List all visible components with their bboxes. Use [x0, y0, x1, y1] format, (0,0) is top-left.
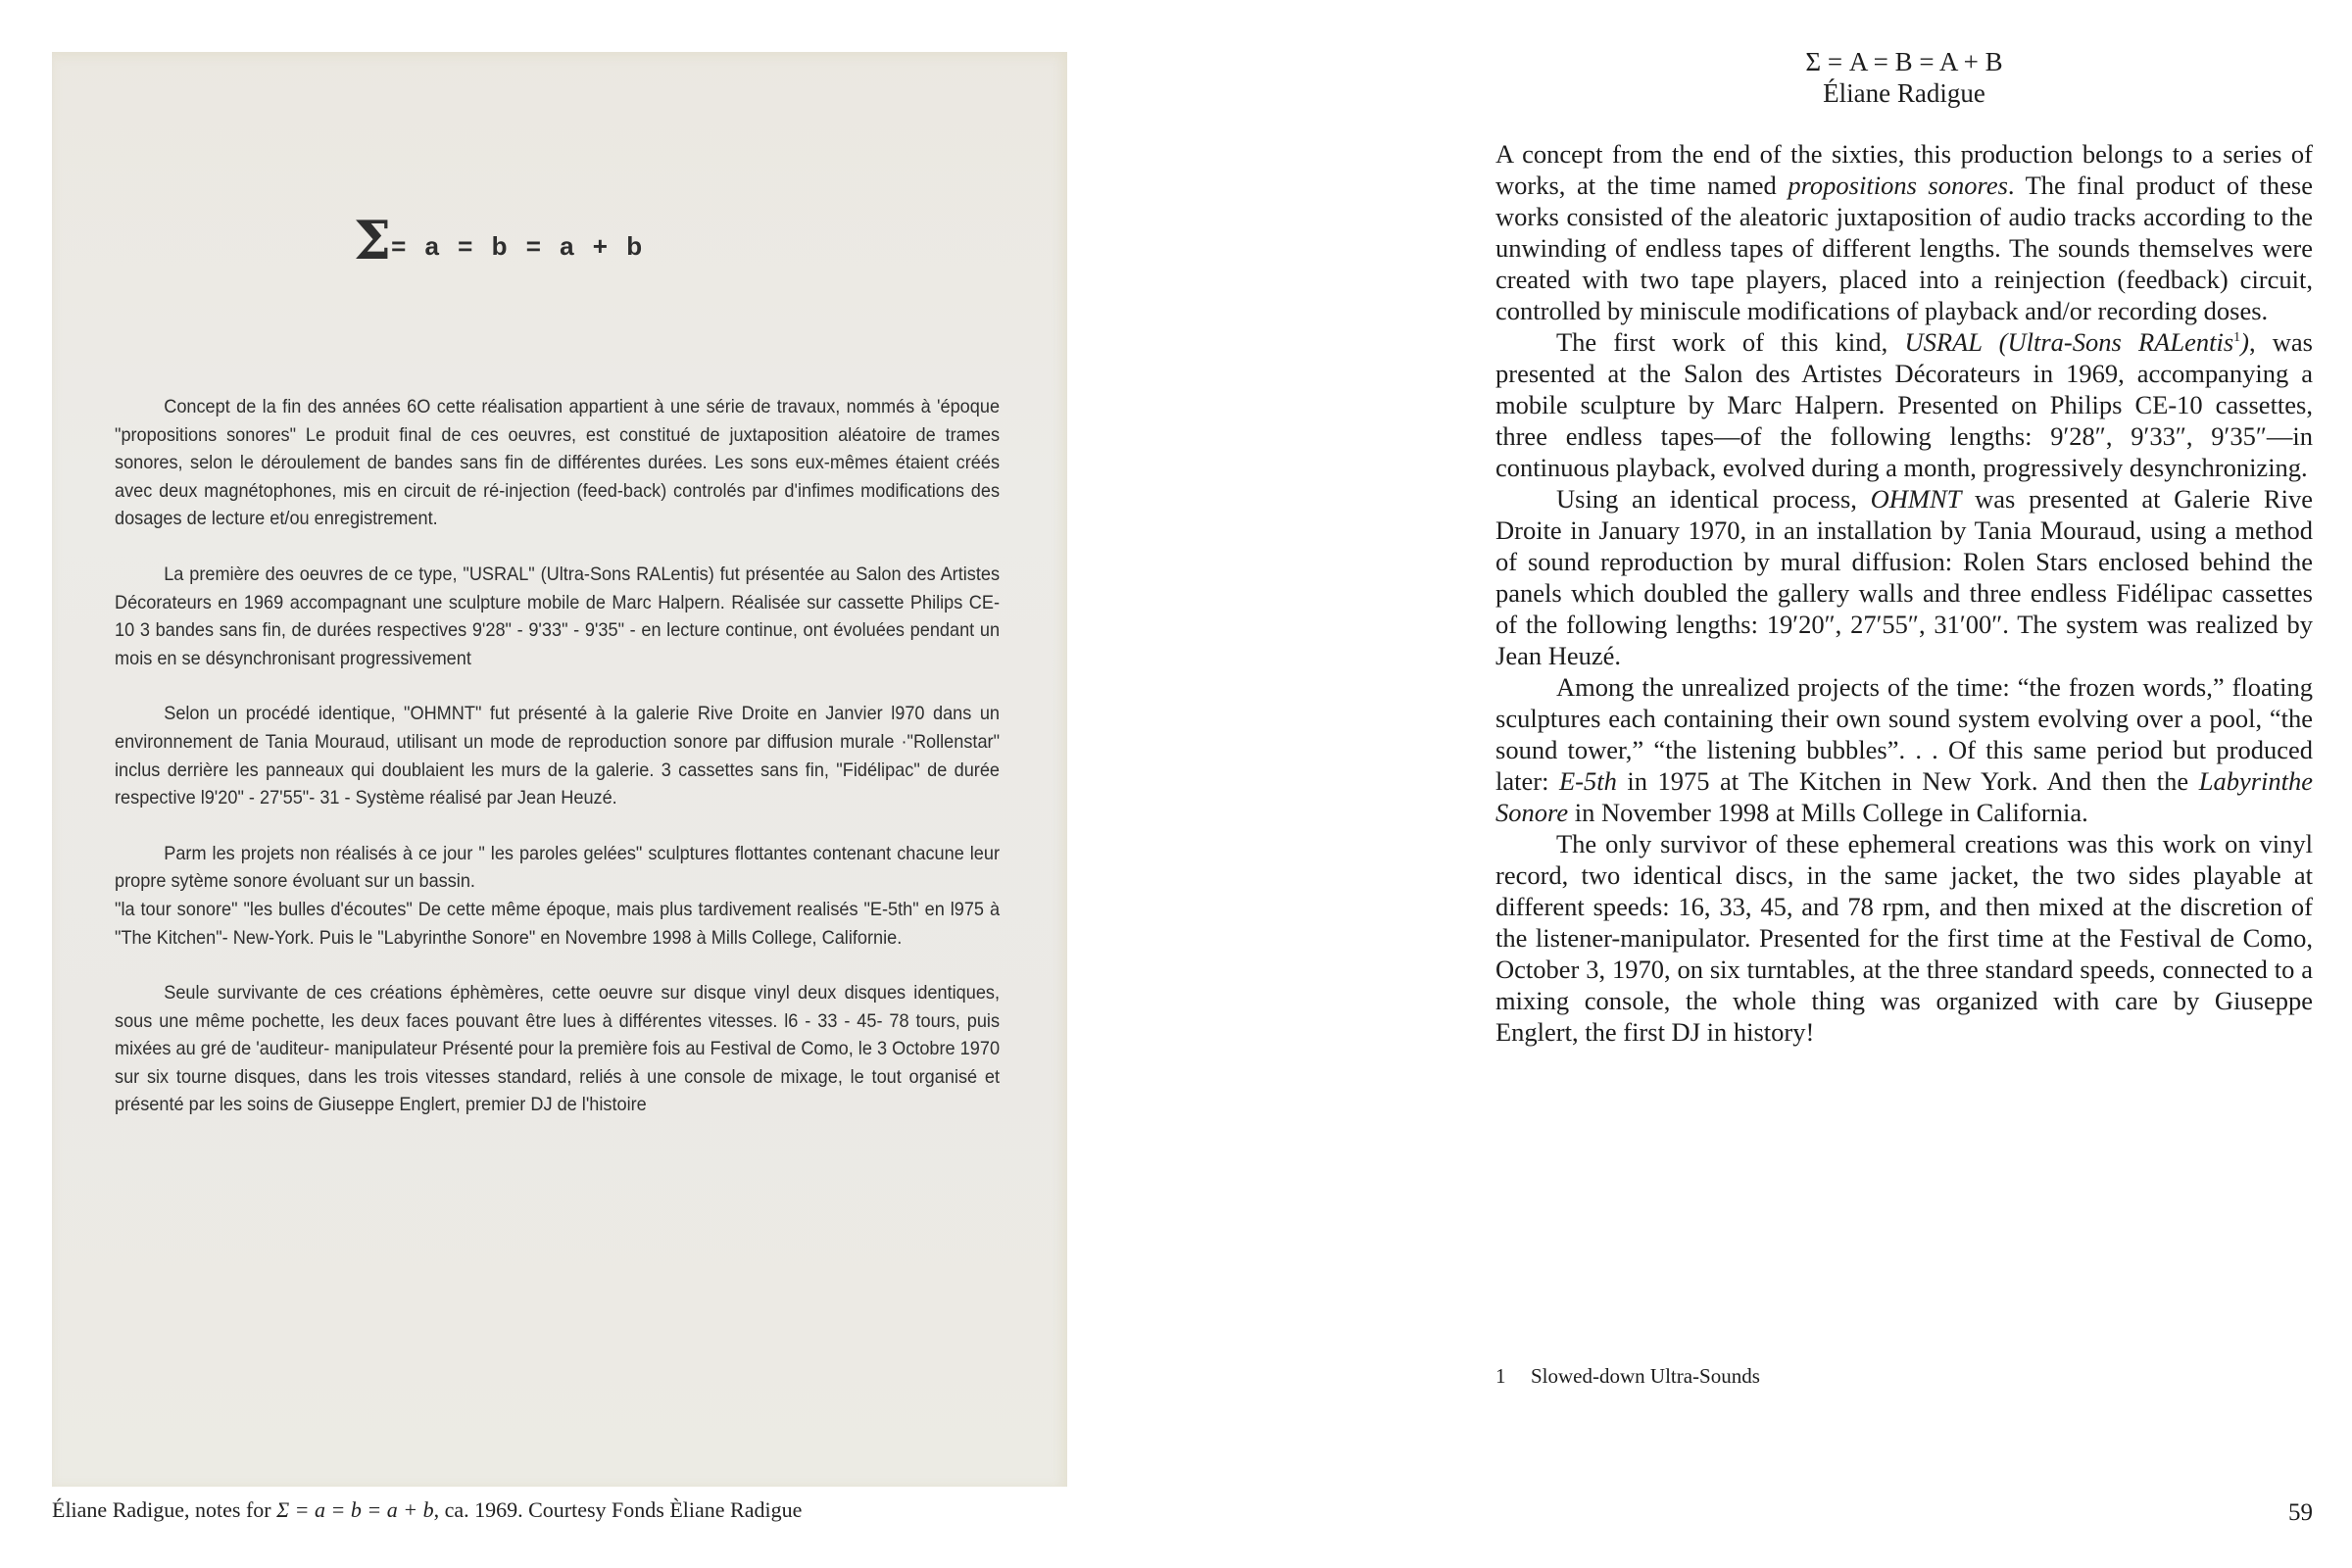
article-paragraph: The first work of this kind, USRAL (Ultr…	[1495, 326, 2313, 483]
footnote-number: 1	[1495, 1364, 1531, 1389]
article-title: Σ = A = B = A + B	[1495, 46, 2313, 77]
page-number: 59	[2288, 1499, 2313, 1527]
italic-text: )	[2240, 327, 2249, 357]
article-paragraph: Using an identical process, OHMNT was pr…	[1495, 483, 2313, 671]
text-run: The first work of this kind,	[1556, 327, 1904, 357]
scan-paragraph: Selon un procédé identique, "OHMNT" fut …	[115, 700, 1000, 811]
scan-paragraph: "la tour sonore" "les bulles d'écoutes" …	[115, 896, 1000, 952]
image-caption: Éliane Radigue, notes for Σ = a = b = a …	[52, 1497, 802, 1523]
article-body: A concept from the end of the sixties, t…	[1495, 138, 2313, 1048]
caption-prefix: Éliane Radigue, notes for	[52, 1497, 276, 1522]
scan-title: Σ= a = b = a + b	[52, 209, 1067, 271]
scan-title-sigma: Σ	[354, 209, 391, 271]
article-paragraph: A concept from the end of the sixties, t…	[1495, 138, 2313, 326]
footnote-text: Slowed-down Ultra-Sounds	[1531, 1364, 1760, 1388]
scanned-document-image: Σ= a = b = a + b Concept de la fin des a…	[52, 52, 1067, 1487]
text-run: in November 1998 at Mills College in Cal…	[1568, 798, 2088, 827]
text-run: The only survivor of these ephemeral cre…	[1495, 829, 2313, 1047]
scan-paragraph: Seule survivante de ces créations éphèmè…	[115, 979, 1000, 1119]
scan-paragraph: Concept de la fin des années 6O cette ré…	[115, 393, 1000, 533]
article-heading: Σ = A = B = A + B Éliane Radigue	[1495, 46, 2313, 109]
footnote: 1Slowed-down Ultra-Sounds	[1495, 1364, 1760, 1389]
caption-formula: Σ = a = b = a + b	[276, 1497, 433, 1522]
scan-paragraph: La première des oeuvres de ce type, "USR…	[115, 561, 1000, 672]
article-paragraph: Among the unrealized projects of the tim…	[1495, 671, 2313, 828]
scan-title-formula: = a = b = a + b	[391, 231, 648, 261]
italic-text: OHMNT	[1871, 484, 1962, 514]
scan-paragraph: Parm les projets non réalisés à ce jour …	[115, 840, 1000, 896]
text-run: in 1975 at The Kitchen in New York. And …	[1617, 766, 2199, 796]
text-run: Using an identical process,	[1556, 484, 1871, 514]
italic-text: propositions sonores	[1788, 171, 2008, 200]
article-paragraph: The only survivor of these ephemeral cre…	[1495, 828, 2313, 1048]
italic-text: E-5th	[1559, 766, 1617, 796]
caption-suffix: , ca. 1969. Courtesy Fonds Èliane Radigu…	[434, 1497, 803, 1522]
scan-body: Concept de la fin des années 6O cette ré…	[115, 393, 1000, 1147]
italic-text: USRAL (Ultra-Sons RALentis	[1904, 327, 2233, 357]
article-author: Éliane Radigue	[1495, 77, 2313, 109]
